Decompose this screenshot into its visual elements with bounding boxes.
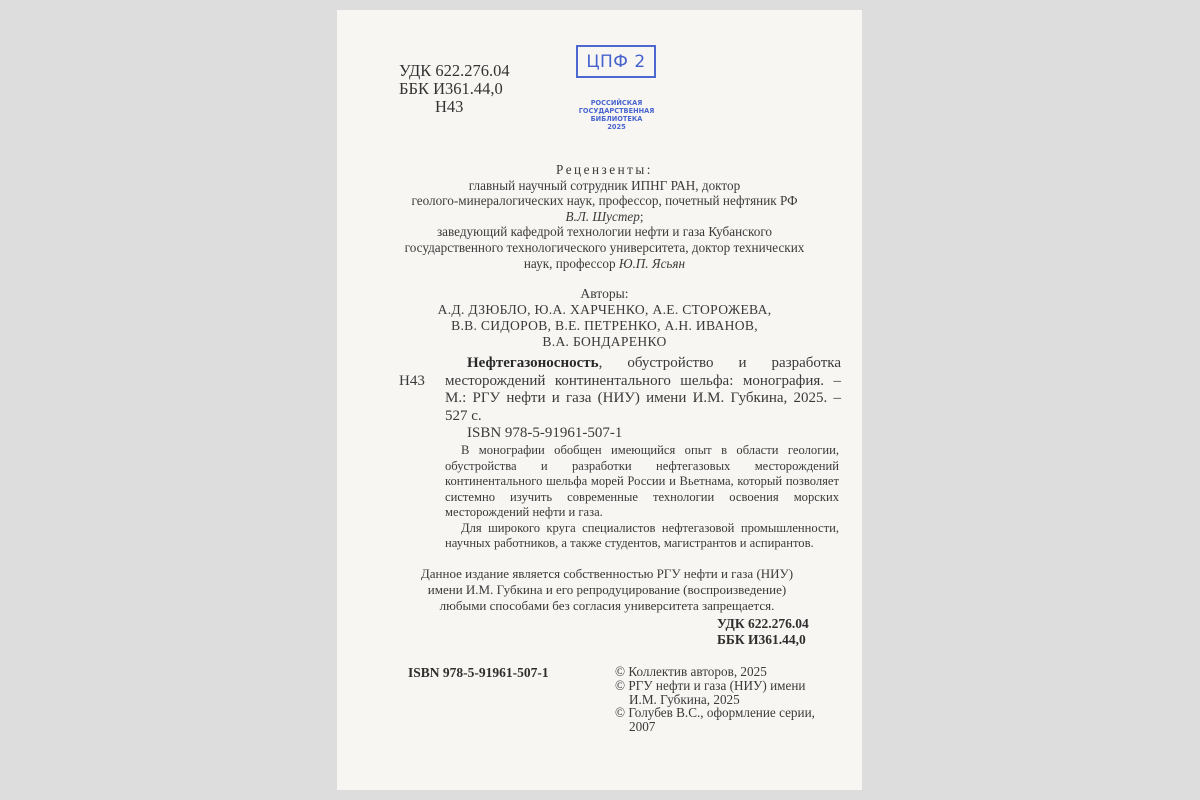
- library-stamp-year: 2025: [559, 123, 674, 131]
- library-stamp: РОССИЙСКАЯ ГОСУДАРСТВЕННАЯ БИБЛИОТЕКА 20…: [559, 99, 674, 131]
- bbk-code: ББК И361.44,0: [399, 80, 510, 98]
- document-page: УДК 622.276.04 ББК И361.44,0 Н43 ЦПФ 2 Р…: [337, 10, 862, 790]
- bibliographic-record: Нефтегазоносность, обустройство и разраб…: [445, 355, 841, 443]
- authors-section: Авторы: А.Д. ДЗЮБЛО, Ю.А. ХАРЧЕНКО, А.Е.…: [377, 286, 832, 350]
- reviewer-line: геолого-минералогических наук, профессор…: [377, 193, 832, 209]
- bibliographic-code: Н43: [399, 373, 425, 390]
- copyright-line: © Голубев В.С., оформление серии, 2007: [615, 706, 835, 734]
- authors-line: В.В. СИДОРОВ, В.Е. ПЕТРЕНКО, А.Н. ИВАНОВ…: [377, 318, 832, 334]
- reviewer-name-line: В.Л. Шустер;: [377, 209, 832, 225]
- property-notice: Данное издание является собственностью Р…: [397, 566, 817, 614]
- copyright-line: © РГУ нефти и газа (НИУ) имени И.М. Губк…: [615, 679, 835, 707]
- isbn-record: ISBN 978-5-91961-507-1: [445, 425, 841, 443]
- udk-code-bottom: УДК 622.276.04: [717, 616, 809, 632]
- abstract-paragraph: В монографии обобщен имеющийся опыт в об…: [445, 443, 839, 521]
- library-stamp-line: ГОСУДАРСТВЕННАЯ: [559, 107, 674, 115]
- abstract: В монографии обобщен имеющийся опыт в об…: [445, 443, 839, 552]
- cpf-stamp-label: ЦПФ 2: [586, 52, 645, 72]
- reviewer-name: В.Л. Шустер: [566, 209, 640, 224]
- bbk-code-bottom: ББК И361.44,0: [717, 632, 809, 648]
- authors-line: А.Д. ДЗЮБЛО, Ю.А. ХАРЧЕНКО, А.Е. СТОРОЖЕ…: [377, 302, 832, 318]
- abstract-paragraph: Для широкого круга специалистов нефтегаз…: [445, 521, 839, 552]
- property-line: Данное издание является собственностью Р…: [397, 566, 817, 582]
- reviewer-line: государственного технологического универ…: [377, 240, 832, 256]
- reviewer-name-line: наук, профессор Ю.П. Ясьян: [377, 256, 832, 272]
- reviewer-line: главный научный сотрудник ИПНГ РАН, докт…: [377, 178, 832, 194]
- title-bold: Нефтегазоносность: [467, 355, 599, 371]
- reviewer-line: заведующий кафедрой технологии нефти и г…: [377, 224, 832, 240]
- reviewers-section: Рецензенты: главный научный сотрудник ИП…: [377, 162, 832, 271]
- authors-heading: Авторы:: [377, 286, 832, 302]
- reviewers-heading: Рецензенты:: [377, 162, 832, 178]
- copyright-block: © Коллектив авторов, 2025 © РГУ нефти и …: [615, 665, 835, 734]
- isbn-bottom: ISBN 978-5-91961-507-1: [408, 665, 549, 681]
- bibliographic-title: Нефтегазоносность, обустройство и разраб…: [445, 355, 841, 425]
- library-stamp-line: БИБЛИОТЕКА: [559, 115, 674, 123]
- udk-code: УДК 622.276.04: [399, 62, 510, 80]
- author-mark: Н43: [399, 98, 510, 116]
- library-stamp-line: РОССИЙСКАЯ: [559, 99, 674, 107]
- copyright-line: © Коллектив авторов, 2025: [615, 665, 835, 679]
- classification-bottom: УДК 622.276.04 ББК И361.44,0: [717, 616, 809, 648]
- cpf-stamp: ЦПФ 2: [576, 45, 656, 78]
- authors-line: В.А. БОНДАРЕНКО: [377, 334, 832, 350]
- classification-block: УДК 622.276.04 ББК И361.44,0 Н43: [399, 62, 510, 116]
- property-line: любыми способами без согласия университе…: [397, 598, 817, 614]
- reviewer-name: Ю.П. Ясьян: [619, 256, 685, 271]
- property-line: имени И.М. Губкина и его репродуцировани…: [397, 582, 817, 598]
